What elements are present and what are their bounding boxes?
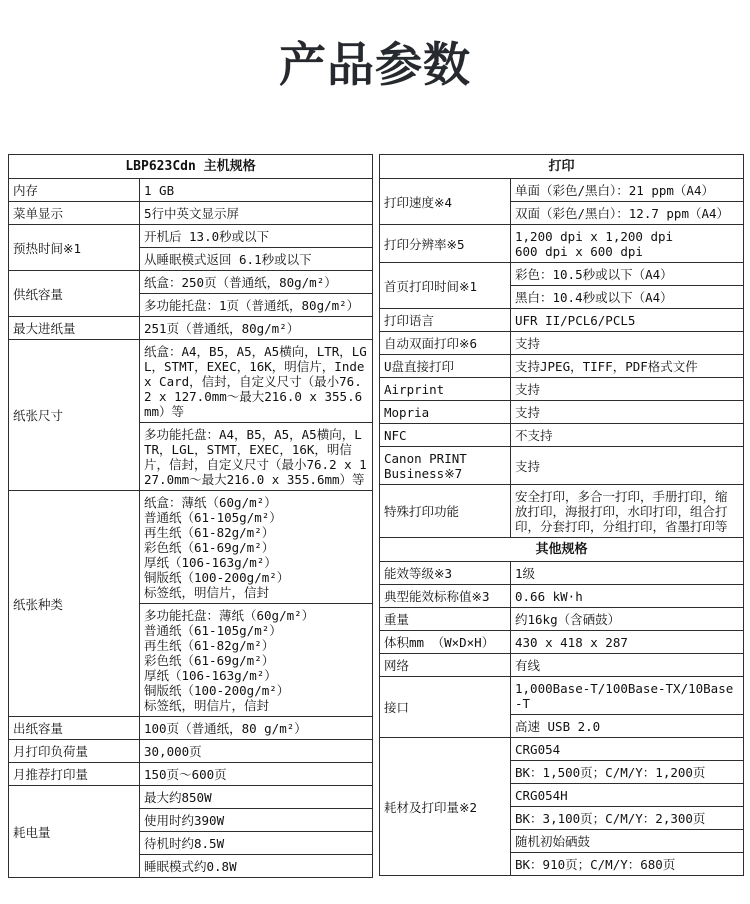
spec-value: 不支持 (511, 424, 744, 447)
spec-value: 430 x 418 x 287 (511, 631, 744, 654)
spec-label: 典型能效标称值※3 (380, 585, 511, 608)
spec-row-menu-display: 菜单显示 5行中英文显示屏 (9, 202, 373, 225)
spec-value: 约16kg（含硒鼓） (511, 608, 744, 631)
spec-value: 251页（普通纸，80g/m²） (140, 317, 373, 340)
spec-value: 从睡眠模式返回 6.1秒或以下 (140, 248, 373, 271)
spec-label: 重量 (380, 608, 511, 631)
spec-value: 1级 (511, 562, 744, 585)
spec-row-paper-size: 纸张尺寸 纸盒：A4，B5，A5，A5横向，LTR，LGL，STMT，EXEC，… (9, 340, 373, 423)
spec-label: Canon PRINT Business※7 (380, 447, 511, 485)
spec-value: 多功能托盘：1页（普通纸，80g/m²） (140, 294, 373, 317)
spec-label: 打印语言 (380, 309, 511, 332)
spec-label: 体积mm （W×D×H） (380, 631, 511, 654)
spec-row-memory: 内存 1 GB (9, 179, 373, 202)
spec-row-speed: 打印速度※4 单面（彩色/黑白）：21 ppm（A4） (380, 179, 744, 202)
spec-row-special-print: 特殊打印功能 安全打印，多合一打印，手册打印，缩放打印，海报打印，水印打印，组合… (380, 485, 744, 538)
spec-row-max-input: 最大进纸量 251页（普通纸，80g/m²） (9, 317, 373, 340)
spec-value: 有线 (511, 654, 744, 677)
spec-label: 菜单显示 (9, 202, 140, 225)
spec-value: 支持 (511, 378, 744, 401)
spec-value: 1 GB (140, 179, 373, 202)
table-header-row: LBP623Cdn 主机规格 (9, 155, 373, 179)
spec-value: 1,000Base-T/100Base-TX/10Base-T (511, 677, 744, 715)
spec-value: 多功能托盘：A4，B5，A5，A5横向，LTR，LGL，STMT，EXEC，16… (140, 423, 373, 491)
spec-label: 预热时间※1 (9, 225, 140, 271)
spec-value: 30,000页 (140, 740, 373, 763)
spec-label: U盘直接打印 (380, 355, 511, 378)
spec-row-airprint: Airprint 支持 (380, 378, 744, 401)
spec-label: 耗电量 (9, 786, 140, 878)
spec-label: 出纸容量 (9, 717, 140, 740)
spec-value: 5行中英文显示屏 (140, 202, 373, 225)
spec-label: 纸张尺寸 (9, 340, 140, 491)
spec-label: Mopria (380, 401, 511, 424)
spec-label: 纸张种类 (9, 491, 140, 717)
spec-row-monthly-duty: 月打印负荷量 30,000页 (9, 740, 373, 763)
spec-value: 多功能托盘：薄纸（60g/m²） 普通纸（61-105g/m²） 再生纸（61-… (140, 604, 373, 717)
spec-value: 安全打印，多合一打印，手册打印，缩放打印，海报打印，水印打印，组合打印，分套打印… (511, 485, 744, 538)
spec-value: BK：910页；C/M/Y：680页 (511, 853, 744, 876)
spec-row-power: 耗电量 最大约850W (9, 786, 373, 809)
spec-label: 网络 (380, 654, 511, 677)
spec-value: 支持JPEG，TIFF，PDF格式文件 (511, 355, 744, 378)
spec-value: 单面（彩色/黑白）：21 ppm（A4） (511, 179, 744, 202)
spec-value: BK：3,100页；C/M/Y：2,300页 (511, 807, 744, 830)
spec-value: 高速 USB 2.0 (511, 715, 744, 738)
spec-row-usb-direct: U盘直接打印 支持JPEG，TIFF，PDF格式文件 (380, 355, 744, 378)
spec-value: 随机初始硒鼓 (511, 830, 744, 853)
spec-value: 待机时约8.5W (140, 832, 373, 855)
spec-value: CRG054H (511, 784, 744, 807)
spec-value: 纸盒：250页（普通纸，80g/m²） (140, 271, 373, 294)
spec-value: 最大约850W (140, 786, 373, 809)
spec-tables-container: LBP623Cdn 主机规格 内存 1 GB 菜单显示 5行中英文显示屏 预热时… (0, 154, 750, 878)
table-header-row: 其他规格 (380, 538, 744, 562)
table-header-row: 打印 (380, 155, 744, 179)
spec-value: 双面（彩色/黑白）：12.7 ppm（A4） (511, 202, 744, 225)
spec-row-nfc: NFC 不支持 (380, 424, 744, 447)
spec-value: 纸盒：薄纸（60g/m²） 普通纸（61-105g/m²） 再生纸（61-82g… (140, 491, 373, 604)
spec-value: 开机后 13.0秒或以下 (140, 225, 373, 248)
spec-value: UFR II/PCL6/PCL5 (511, 309, 744, 332)
spec-row-auto-duplex: 自动双面打印※6 支持 (380, 332, 744, 355)
spec-label: 能效等级※3 (380, 562, 511, 585)
spec-value: 彩色：10.5秒或以下（A4） (511, 263, 744, 286)
spec-row-resolution: 打印分辨率※5 1,200 dpi x 1,200 dpi 600 dpi x … (380, 225, 744, 263)
spec-row-energy-grade: 能效等级※3 1级 (380, 562, 744, 585)
main-specs-table: LBP623Cdn 主机规格 内存 1 GB 菜单显示 5行中英文显示屏 预热时… (8, 154, 373, 878)
spec-row-output-capacity: 出纸容量 100页（普通纸，80 g/m²） (9, 717, 373, 740)
spec-value: BK：1,500页；C/M/Y：1,200页 (511, 761, 744, 784)
spec-label: 打印速度※4 (380, 179, 511, 225)
spec-label: 自动双面打印※6 (380, 332, 511, 355)
spec-value: 黑白：10.4秒或以下（A4） (511, 286, 744, 309)
spec-row-dimensions: 体积mm （W×D×H） 430 x 418 x 287 (380, 631, 744, 654)
spec-row-language: 打印语言 UFR II/PCL6/PCL5 (380, 309, 744, 332)
spec-label: 最大进纸量 (9, 317, 140, 340)
spec-label: 月打印负荷量 (9, 740, 140, 763)
spec-value: CRG054 (511, 738, 744, 761)
print-specs-header: 打印 (380, 155, 744, 179)
spec-row-network: 网络 有线 (380, 654, 744, 677)
spec-label: 打印分辨率※5 (380, 225, 511, 263)
spec-value: 0.66 kW·h (511, 585, 744, 608)
spec-label: 特殊打印功能 (380, 485, 511, 538)
spec-value: 纸盒：A4，B5，A5，A5横向，LTR，LGL，STMT，EXEC，16K，明… (140, 340, 373, 423)
spec-row-mopria: Mopria 支持 (380, 401, 744, 424)
other-specs-header: 其他规格 (380, 538, 744, 562)
spec-value: 睡眠模式约0.8W (140, 855, 373, 878)
spec-label: Airprint (380, 378, 511, 401)
spec-row-interface: 接口 1,000Base-T/100Base-TX/10Base-T (380, 677, 744, 715)
product-spec-page: 产品参数 LBP623Cdn 主机规格 内存 1 GB 菜单显示 5行中英文显示… (0, 0, 750, 904)
main-specs-header: LBP623Cdn 主机规格 (9, 155, 373, 179)
spec-label: 耗材及打印量※2 (380, 738, 511, 876)
spec-row-consumables: 耗材及打印量※2 CRG054 (380, 738, 744, 761)
spec-value: 150页～600页 (140, 763, 373, 786)
print-specs-table: 打印 打印速度※4 单面（彩色/黑白）：21 ppm（A4） 双面（彩色/黑白）… (379, 154, 744, 876)
spec-row-typical-energy: 典型能效标称值※3 0.66 kW·h (380, 585, 744, 608)
spec-value: 支持 (511, 447, 744, 485)
spec-value: 使用时约390W (140, 809, 373, 832)
spec-value: 100页（普通纸，80 g/m²） (140, 717, 373, 740)
spec-value: 支持 (511, 332, 744, 355)
spec-label: 内存 (9, 179, 140, 202)
spec-value: 1,200 dpi x 1,200 dpi 600 dpi x 600 dpi (511, 225, 744, 263)
spec-label: 月推荐打印量 (9, 763, 140, 786)
spec-row-monthly-recommended: 月推荐打印量 150页～600页 (9, 763, 373, 786)
page-title: 产品参数 (0, 0, 750, 96)
spec-row-paper-type: 纸张种类 纸盒：薄纸（60g/m²） 普通纸（61-105g/m²） 再生纸（6… (9, 491, 373, 604)
spec-row-first-print-time: 首页打印时间※1 彩色：10.5秒或以下（A4） (380, 263, 744, 286)
spec-label: 接口 (380, 677, 511, 738)
spec-row-paper-supply: 供纸容量 纸盒：250页（普通纸，80g/m²） (9, 271, 373, 294)
spec-row-canon-print-business: Canon PRINT Business※7 支持 (380, 447, 744, 485)
spec-label: NFC (380, 424, 511, 447)
spec-row-weight: 重量 约16kg（含硒鼓） (380, 608, 744, 631)
spec-label: 首页打印时间※1 (380, 263, 511, 309)
spec-row-warmup: 预热时间※1 开机后 13.0秒或以下 (9, 225, 373, 248)
spec-value: 支持 (511, 401, 744, 424)
spec-label: 供纸容量 (9, 271, 140, 317)
